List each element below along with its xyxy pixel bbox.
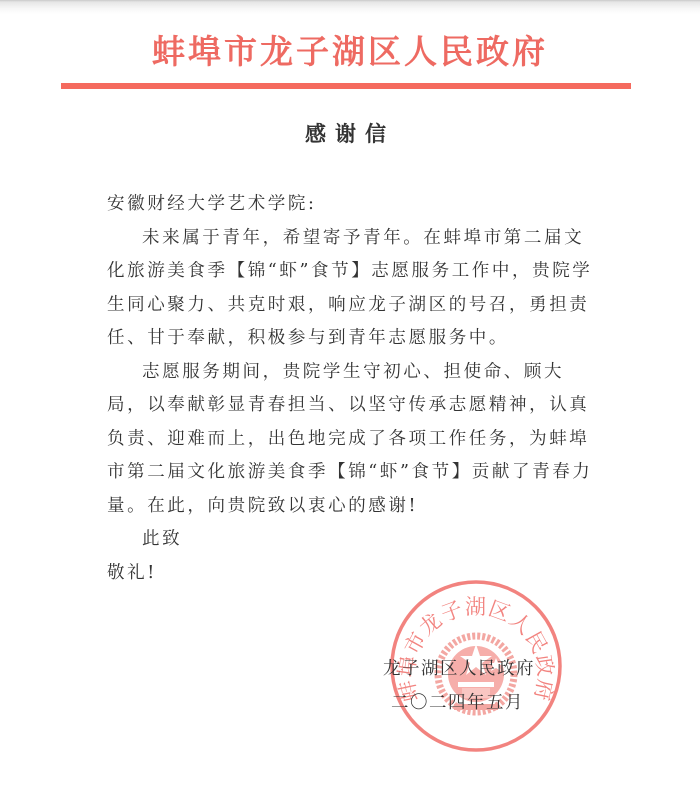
- letter-body: 安徽财经大学艺术学院: 未来属于青年，希望寄予青年。在蚌埠市第二届文化旅游美食季…: [107, 188, 597, 590]
- paragraph-2: 志愿服务期间，贵院学生守初心、担使命、顾大局，以奉献彰显青春担当、以坚守传承志愿…: [107, 356, 597, 524]
- salutation: 安徽财经大学艺术学院:: [107, 188, 597, 222]
- paragraph-1: 未来属于青年，希望寄予青年。在蚌埠市第二届文化旅游美食季【锦“虾”食节】志愿服务…: [107, 222, 597, 356]
- signature-date: 二〇二四年五月: [383, 686, 583, 720]
- closing-ci-zhi: 此致: [107, 523, 597, 557]
- signature-block: 龙子湖区人民政府 二〇二四年五月: [383, 652, 583, 720]
- letterhead-red-rule: [61, 83, 631, 89]
- page-top-shadow: [0, 0, 700, 14]
- signature-organization: 龙子湖区人民政府: [383, 652, 583, 686]
- letterhead-title: 蚌埠市龙子湖区人民政府: [0, 26, 700, 73]
- letter-title: 感谢信: [0, 118, 700, 148]
